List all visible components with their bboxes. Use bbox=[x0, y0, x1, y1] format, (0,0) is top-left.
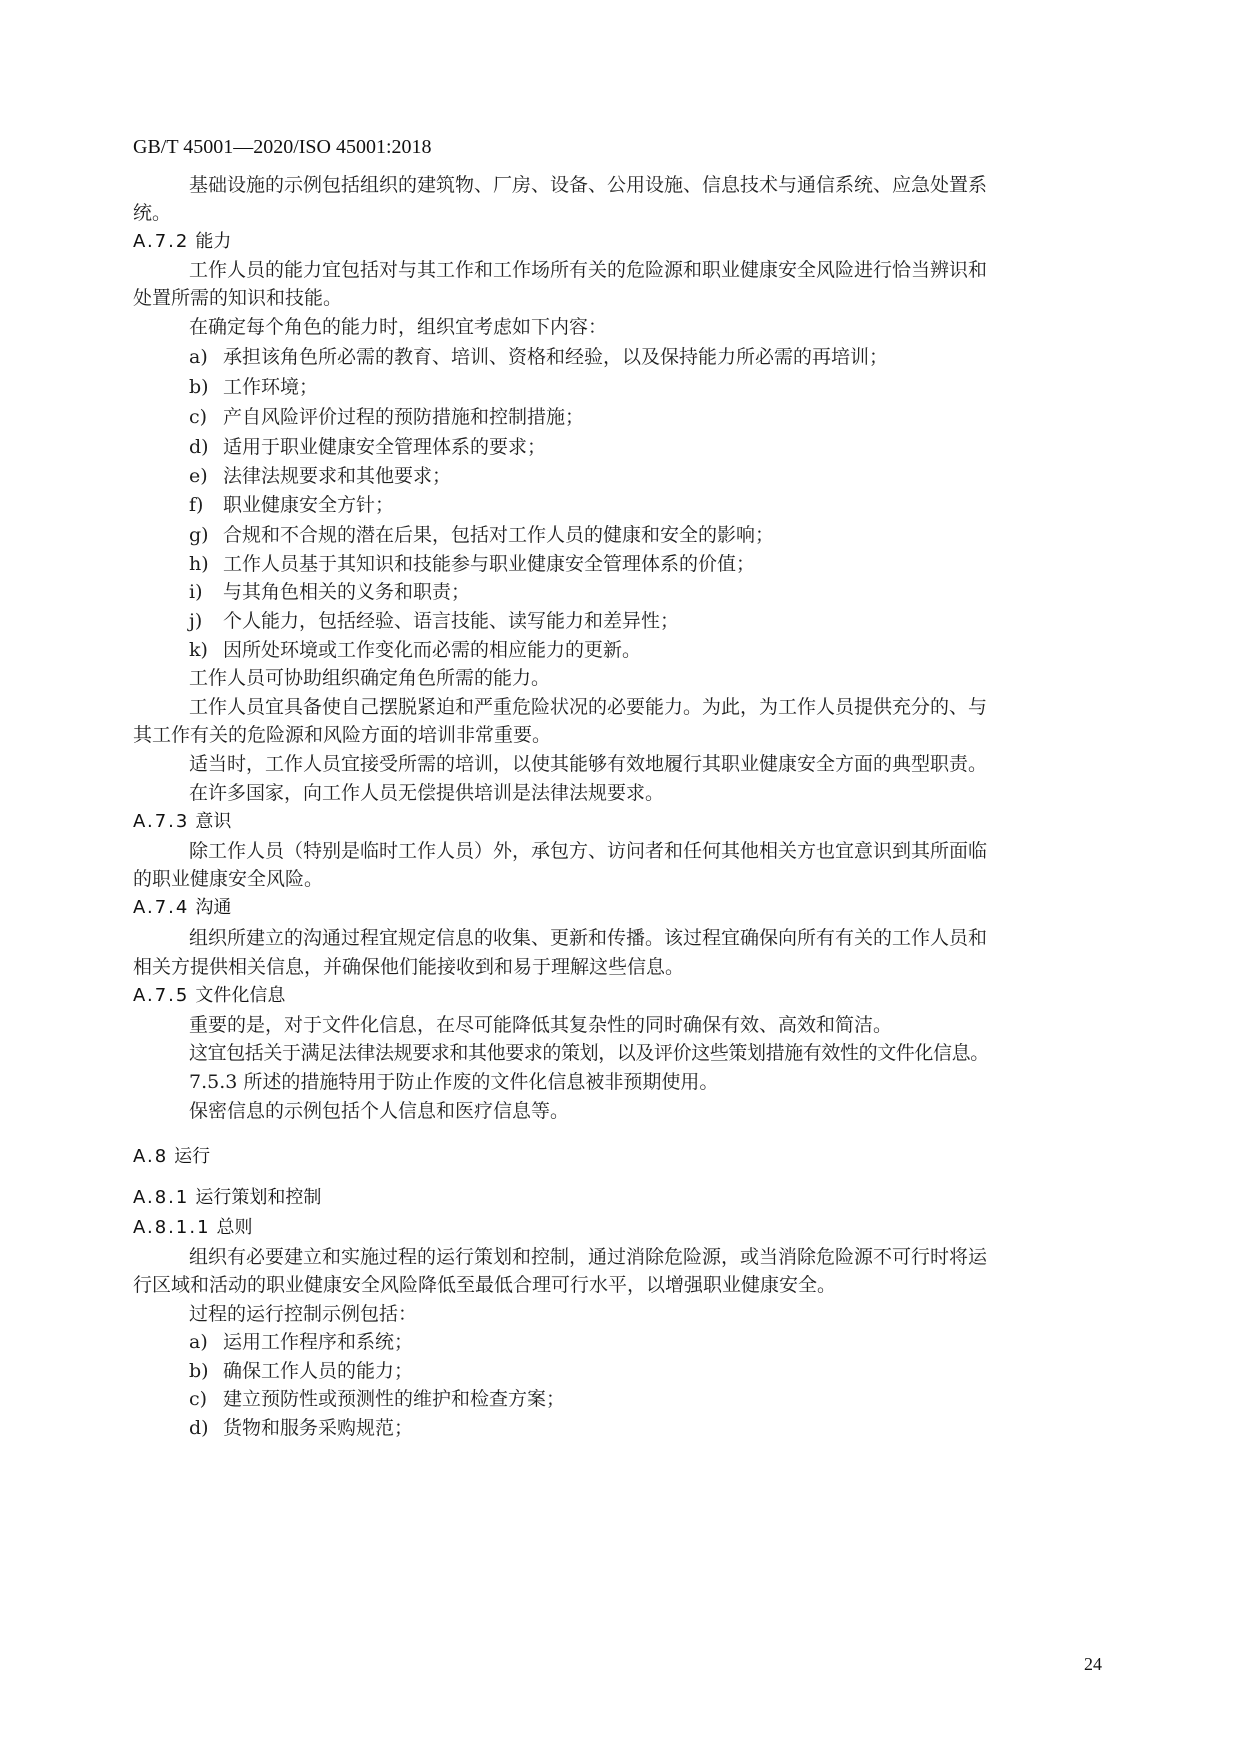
paragraph-line: 其工作有关的危险源和风险方面的培训非常重要。 bbox=[133, 721, 551, 749]
paragraph-line: 工作人员的能力宜包括对与其工作和工作场所有关的危险源和职业健康安全风险进行恰当辨… bbox=[189, 256, 987, 284]
paragraph-line: 组织所建立的沟通过程宜规定信息的收集、更新和传播。该过程宜确保向所有有关的工作人… bbox=[189, 924, 987, 952]
paragraph-line: 处置所需的知识和技能。 bbox=[133, 284, 342, 312]
list-item: d)货物和服务采购规范； bbox=[189, 1414, 413, 1442]
paragraph-line: 的职业健康安全风险。 bbox=[133, 865, 323, 893]
list-item: d)适用于职业健康安全管理体系的要求； bbox=[189, 433, 546, 461]
paragraph-line: 保密信息的示例包括个人信息和医疗信息等。 bbox=[189, 1097, 569, 1125]
section-heading-a-7-4: A.7.4沟通 bbox=[133, 894, 231, 922]
list-item: a)承担该角色所必需的教育、培训、资格和经验，以及保持能力所必需的再培训； bbox=[189, 343, 888, 371]
paragraph-line: 7.5.3 所述的措施特用于防止作废的文件化信息被非预期使用。 bbox=[189, 1068, 718, 1096]
list-item: g)合规和不合规的潜在后果，包括对工作人员的健康和安全的影响； bbox=[189, 521, 774, 549]
list-item: j)个人能力，包括经验、语言技能、读写能力和差异性； bbox=[189, 607, 679, 635]
paragraph-line: 工作人员宜具备使自己摆脱紧迫和严重危险状况的必要能力。为此，为工作人员提供充分的… bbox=[189, 693, 987, 721]
list-item: e)法律法规要求和其他要求； bbox=[189, 462, 451, 490]
section-heading-a-7-2: A.7.2能力 bbox=[133, 228, 231, 256]
list-item: a)运用工作程序和系统； bbox=[189, 1328, 413, 1356]
section-heading-a-8: A.8运行 bbox=[133, 1143, 210, 1171]
paragraph-line: 在确定每个角色的能力时，组织宜考虑如下内容： bbox=[189, 313, 607, 341]
standard-code-header: GB/T 45001—2020/ISO 45001:2018 bbox=[133, 133, 432, 161]
paragraph-line: 行区域和活动的职业健康安全风险降低至最低合理可行水平，以增强职业健康安全。 bbox=[133, 1271, 836, 1299]
paragraph-line: 在许多国家，向工作人员无偿提供培训是法律法规要求。 bbox=[189, 779, 664, 807]
paragraph-line: 统。 bbox=[133, 199, 171, 227]
paragraph-line: 组织有必要建立和实施过程的运行策划和控制，通过消除危险源，或当消除危险源不可行时… bbox=[189, 1243, 987, 1271]
paragraph-line: 适当时，工作人员宜接受所需的培训，以使其能够有效地履行其职业健康安全方面的典型职… bbox=[189, 750, 987, 778]
section-heading-a-7-5: A.7.5文件化信息 bbox=[133, 982, 285, 1010]
list-item: f)职业健康安全方针； bbox=[189, 491, 394, 519]
paragraph-line: 除工作人员（特别是临时工作人员）外，承包方、访问者和任何其他相关方也宜意识到其所… bbox=[189, 837, 987, 865]
paragraph-line: 这宜包括关于满足法律法规要求和其他要求的策划，以及评价这些策划措施有效性的文件化… bbox=[189, 1039, 989, 1067]
paragraph-line: 重要的是，对于文件化信息，在尽可能降低其复杂性的同时确保有效、高效和简洁。 bbox=[189, 1011, 892, 1039]
paragraph-line: 过程的运行控制示例包括： bbox=[189, 1300, 417, 1328]
list-item: c)产自风险评价过程的预防措施和控制措施； bbox=[189, 403, 584, 431]
list-item: i)与其角色相关的义务和职责； bbox=[189, 578, 470, 606]
section-heading-a-7-3: A.7.3意识 bbox=[133, 808, 231, 836]
page-number: 24 bbox=[1084, 1654, 1102, 1675]
paragraph-line: 相关方提供相关信息，并确保他们能接收到和易于理解这些信息。 bbox=[133, 953, 684, 981]
list-item: b)工作环境； bbox=[189, 373, 318, 401]
section-heading-a-8-1-1: A.8.1.1总则 bbox=[133, 1214, 253, 1242]
list-item: c)建立预防性或预测性的维护和检查方案； bbox=[189, 1385, 565, 1413]
section-heading-a-8-1: A.8.1运行策划和控制 bbox=[133, 1184, 321, 1212]
document-page: GB/T 45001—2020/ISO 45001:2018 基础设施的示例包括… bbox=[0, 0, 1241, 1755]
list-item: b)确保工作人员的能力； bbox=[189, 1357, 413, 1385]
list-item: h)工作人员基于其知识和技能参与职业健康安全管理体系的价值； bbox=[189, 550, 755, 578]
list-item: k)因所处环境或工作变化而必需的相应能力的更新。 bbox=[189, 636, 641, 664]
paragraph-line: 基础设施的示例包括组织的建筑物、厂房、设备、公用设施、信息技术与通信系统、应急处… bbox=[189, 171, 987, 199]
paragraph-line: 工作人员可协助组织确定角色所需的能力。 bbox=[189, 664, 550, 692]
